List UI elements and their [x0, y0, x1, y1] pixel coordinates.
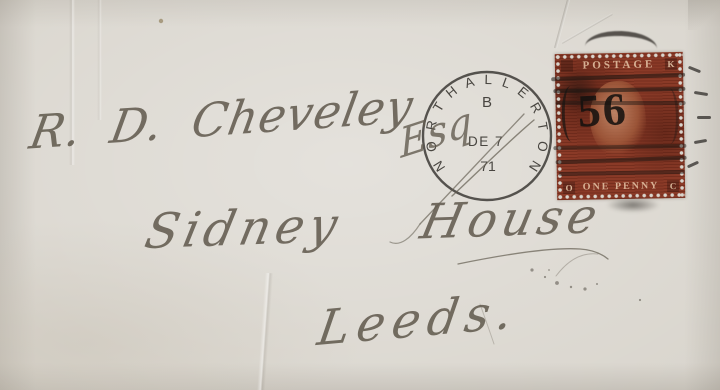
cancel-oval-right-arc [659, 88, 679, 144]
stamp-corner-letter-bottom-right: C [667, 180, 679, 192]
postmark-index-letter: B [482, 94, 492, 111]
stamp-corner-letter-top-right: K [665, 58, 677, 70]
cancel-bottom-smudge [597, 195, 669, 215]
postmark-date: DE 7 [468, 134, 504, 149]
address-line3: Leeds. [314, 283, 524, 358]
postmark-year: 71 [480, 158, 496, 174]
paper-crease-bottom-center [257, 273, 273, 390]
cancel-bar [556, 156, 687, 165]
cancel-right-bar [687, 161, 699, 169]
house-underline-flourish [458, 249, 608, 264]
cancel-right-bar [694, 91, 708, 96]
paper-crease-top-right-1 [554, 0, 571, 48]
address-recipient: R. D. Cheveley [26, 78, 418, 160]
cancel-right-bar [688, 66, 701, 74]
faint-pencil-curve [556, 254, 598, 276]
cancel-right-bar [697, 116, 711, 119]
cancel-right-bar [694, 139, 707, 144]
envelope-photo: NORTHALLERTON B DE 7 71 R. D. Cheveley E… [0, 0, 720, 390]
cancel-bar [559, 170, 685, 176]
stamp-one-penny-label: ONE PENNY [557, 180, 685, 193]
cancel-numeral: 56 [577, 86, 629, 135]
paper-crease-top-corner [688, 0, 720, 30]
stamp-corner-letter-bottom-left: O [563, 182, 575, 194]
penny-red-stamp: POSTAGE ONE PENNY K O C 56 [555, 52, 686, 200]
address-line2: Sidney House [140, 188, 607, 260]
